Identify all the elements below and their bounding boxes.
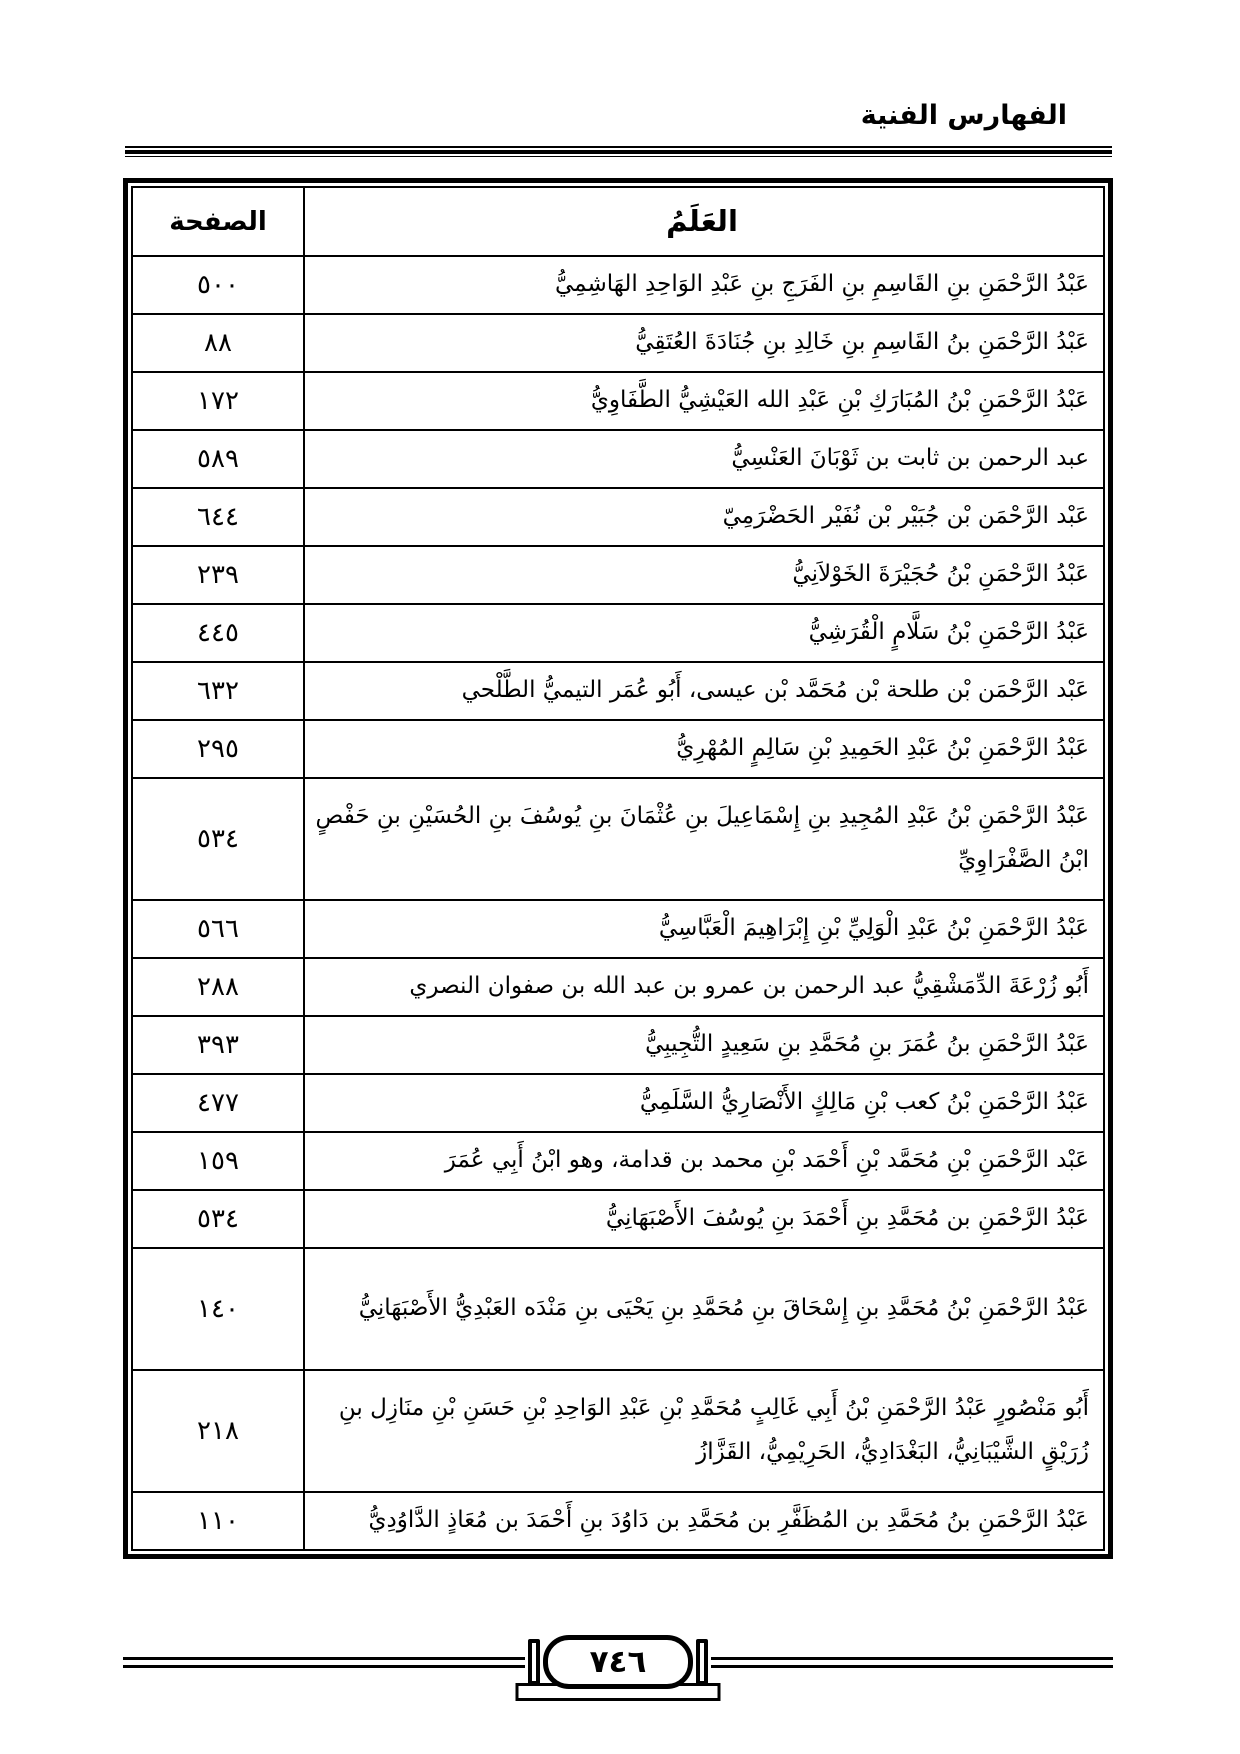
table-row: عَبْدُ الرَّحْمَنِ بْنُ مُحَمَّدِ بنِ إِ… [132, 1248, 1104, 1370]
page-number-cell: ١٤٠ [132, 1248, 304, 1370]
book-page: الفهارس الفنية العَلَمُ الصفحة عَبْدُ ال… [0, 0, 1240, 1754]
index-table: العَلَمُ الصفحة عَبْدُ الرَّحْمَنِ بنِ ا… [131, 186, 1105, 1551]
page-number-cell: ١١٠ [132, 1492, 304, 1550]
page-number-cell: ٤٤٥ [132, 604, 304, 662]
page-number-cell: ٥٦٦ [132, 900, 304, 958]
name-cell: أَبُو زُرْعَةَ الدِّمَشْقِيُّ عبد الرحمن… [304, 958, 1104, 1016]
page-number-cell: ٥٣٤ [132, 1190, 304, 1248]
page-number-cell: ٥٠٠ [132, 256, 304, 314]
page-number-cell: ٨٨ [132, 314, 304, 372]
name-cell: عَبْدُ الرَّحْمَنِ بنُ القَاسِمِ بنِ خَا… [304, 314, 1104, 372]
name-cell: عَبْدُ الرَّحْمَنِ بنُ مُحَمَّدِ بن المُ… [304, 1492, 1104, 1550]
index-table-frame: العَلَمُ الصفحة عَبْدُ الرَّحْمَنِ بنِ ا… [123, 178, 1113, 1559]
page-number-badge: ٧٤٦ [543, 1635, 693, 1689]
page-number-cell: ١٧٢ [132, 372, 304, 430]
table-row: عَبْد الرَّحْمَنِ بْنِ مُحَمَّد بْنِ أَح… [132, 1132, 1104, 1190]
name-cell: عَبْدُ الرَّحْمَنِ بْنُ عَبْدِ المُجِيدِ… [304, 778, 1104, 900]
page-number-cell: ٤٧٧ [132, 1074, 304, 1132]
column-header-name: العَلَمُ [304, 187, 1104, 256]
page-number-badge-wrap: ٧٤٦ [543, 1635, 693, 1689]
name-cell: عَبْدُ الرَّحْمَنِ بْنُ عَبْدِ الحَمِيدِ… [304, 720, 1104, 778]
table-row: عَبْدُ الرَّحْمَنِ بْنُ عَبْدِ الحَمِيدِ… [132, 720, 1104, 778]
page-number-cell: ١٥٩ [132, 1132, 304, 1190]
table-row: عَبْدُ الرَّحْمَنِ بْنُ عَبْدِ الْوَلِيِ… [132, 900, 1104, 958]
page-number-cell: ٢٣٩ [132, 546, 304, 604]
name-cell: عَبْد الرَّحْمَنِ بْنِ مُحَمَّد بْنِ أَح… [304, 1132, 1104, 1190]
table-row: عَبْدُ الرَّحْمَنِ بْنُ عَبْدِ المُجِيدِ… [132, 778, 1104, 900]
name-cell: عَبْدُ الرَّحْمَنِ بْنُ مُحَمَّدِ بنِ إِ… [304, 1248, 1104, 1370]
name-cell: عَبْدُ الرَّحْمَنِ بْنُ حُجَيْرَةَ الخَو… [304, 546, 1104, 604]
name-cell: عَبْدُ الرَّحْمَنِ بْنُ المُبَارَكِ بْنِ… [304, 372, 1104, 430]
page-number-cell: ٢١٨ [132, 1370, 304, 1492]
table-row: عَبْدُ الرَّحْمَنِ بْنُ حُجَيْرَةَ الخَو… [132, 546, 1104, 604]
page-number-cell: ٥٣٤ [132, 778, 304, 900]
table-row: أَبُو زُرْعَةَ الدِّمَشْقِيُّ عبد الرحمن… [132, 958, 1104, 1016]
name-cell: عَبْدُ الرَّحْمَنِ بْنُ عَبْدِ الْوَلِيِ… [304, 900, 1104, 958]
name-cell: عَبْدُ الرَّحْمَنِ بْنُ سَلَّامٍ الْقُرَ… [304, 604, 1104, 662]
page-number-cell: ٢٨٨ [132, 958, 304, 1016]
page-number-cell: ٣٩٣ [132, 1016, 304, 1074]
name-cell: عَبْدُ الرَّحْمَنِ بن مُحَمَّدِ بنِ أَحْ… [304, 1190, 1104, 1248]
footer-rule-left [123, 1657, 525, 1668]
table-header-row: العَلَمُ الصفحة [132, 187, 1104, 256]
badge-bracket-left [528, 1639, 540, 1685]
page-number-cell: ٦٤٤ [132, 488, 304, 546]
page-title: الفهارس الفنية [861, 100, 1067, 131]
name-cell: عَبْد الرَّحْمَن بْن جُبَيْر بْن نُفَيْر… [304, 488, 1104, 546]
table-row: عَبْدُ الرَّحْمَنِ بن مُحَمَّدِ بنِ أَحْ… [132, 1190, 1104, 1248]
header-rule [125, 146, 1112, 157]
footer-rule-right [711, 1657, 1113, 1668]
column-header-page: الصفحة [132, 187, 304, 256]
name-cell: عَبْدُ الرَّحْمَنِ بنُ عُمَرَ بنِ مُحَمَ… [304, 1016, 1104, 1074]
name-cell: عَبْدُ الرَّحْمَنِ بْنُ كعب بْنِ مَالِكٍ… [304, 1074, 1104, 1132]
page-number-cell: ٥٨٩ [132, 430, 304, 488]
table-row: عَبْدُ الرَّحْمَنِ بْنُ المُبَارَكِ بْنِ… [132, 372, 1104, 430]
table-row: عَبْد الرَّحْمَن بْن جُبَيْر بْن نُفَيْر… [132, 488, 1104, 546]
table-row: عَبْدُ الرَّحْمَنِ بنُ مُحَمَّدِ بن المُ… [132, 1492, 1104, 1550]
name-cell: أَبُو مَنْصُورٍ عَبْدُ الرَّحْمَنِ بْنُ … [304, 1370, 1104, 1492]
table-row: عَبْد الرَّحْمَن بْن طلحة بْن مُحَمَّد ب… [132, 662, 1104, 720]
table-row: عَبْدُ الرَّحْمَنِ بنُ عُمَرَ بنِ مُحَمَ… [132, 1016, 1104, 1074]
name-cell: عَبْد الرَّحْمَن بْن طلحة بْن مُحَمَّد ب… [304, 662, 1104, 720]
page-number-cell: ٦٣٢ [132, 662, 304, 720]
name-cell: عبد الرحمن بن ثابت بن ثَوْبَانَ العَنْسِ… [304, 430, 1104, 488]
table-row: عَبْدُ الرَّحْمَنِ بنُ القَاسِمِ بنِ خَا… [132, 314, 1104, 372]
table-row: أَبُو مَنْصُورٍ عَبْدُ الرَّحْمَنِ بْنُ … [132, 1370, 1104, 1492]
table-row: عَبْدُ الرَّحْمَنِ بنِ القَاسِمِ بنِ الف… [132, 256, 1104, 314]
badge-bracket-right [696, 1639, 708, 1685]
page-number-cell: ٢٩٥ [132, 720, 304, 778]
name-cell: عَبْدُ الرَّحْمَنِ بنِ القَاسِمِ بنِ الف… [304, 256, 1104, 314]
table-row: عَبْدُ الرَّحْمَنِ بْنُ كعب بْنِ مَالِكٍ… [132, 1074, 1104, 1132]
table-row: عبد الرحمن بن ثابت بن ثَوْبَانَ العَنْسِ… [132, 430, 1104, 488]
table-row: عَبْدُ الرَّحْمَنِ بْنُ سَلَّامٍ الْقُرَ… [132, 604, 1104, 662]
page-footer: ٧٤٦ [123, 1622, 1113, 1702]
